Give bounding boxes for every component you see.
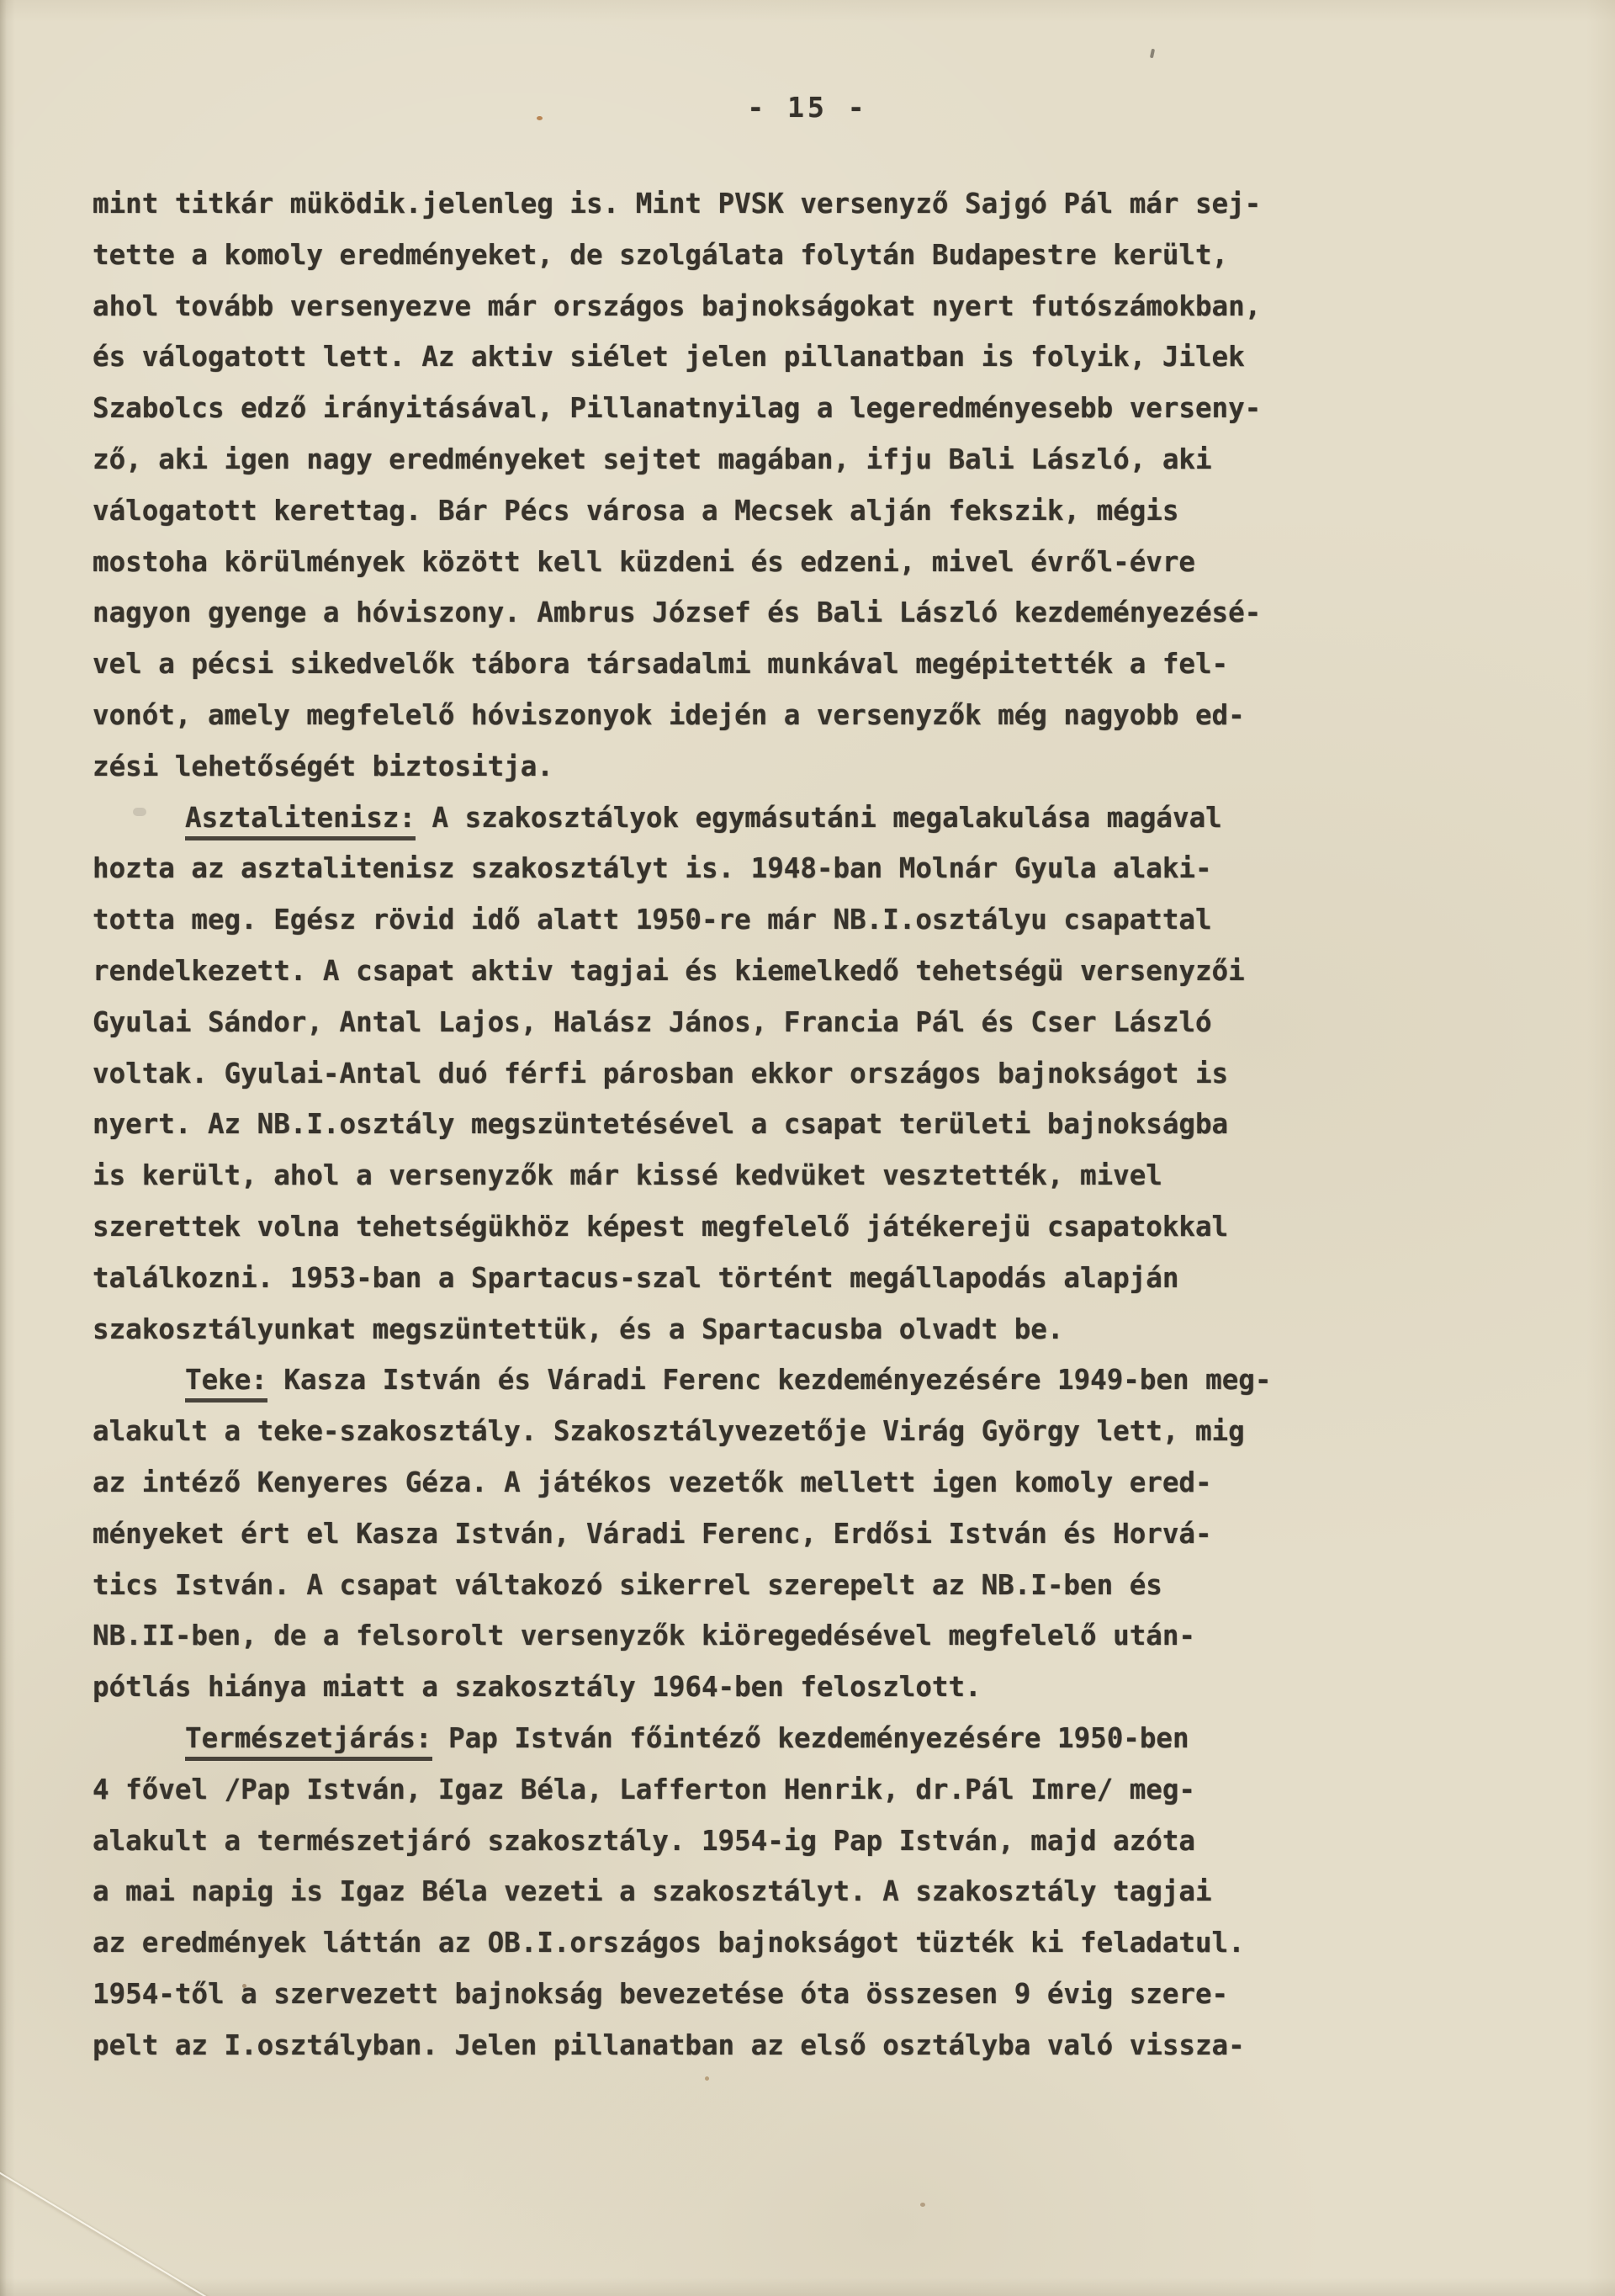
text-line: Szabolcs edző irányitásával, Pillanatnyi…	[93, 383, 1321, 434]
text-line: NB.II-ben, de a felsorolt versenyzők kiö…	[93, 1610, 1321, 1662]
text-line: 1954-től a szervezett bajnokság bevezeté…	[93, 1969, 1321, 2020]
text-line: alakult a teke-szakosztály. Szakosztályv…	[93, 1406, 1321, 1457]
text-line: a mai napig is Igaz Béla vezeti a szakos…	[93, 1866, 1321, 1917]
text-line: 4 fővel /Pap István, Igaz Béla, Lafferto…	[93, 1764, 1321, 1816]
text-line: ményeket ért el Kasza István, Váradi Fer…	[93, 1509, 1321, 1560]
text-line: pótlás hiánya miatt a szakosztály 1964-b…	[93, 1662, 1321, 1713]
text-line: alakult a természetjáró szakosztály. 195…	[93, 1816, 1321, 1867]
text-line: Természetjárás: Pap István főintéző kezd…	[93, 1713, 1321, 1764]
text-line: szerettek volna tehetségükhöz képest meg…	[93, 1201, 1321, 1253]
text-line: pelt az I.osztályban. Jelen pillanatban …	[93, 2020, 1321, 2071]
paper-speck	[1150, 49, 1155, 59]
text-line: tics István. A csapat váltakozó sikerrel…	[93, 1560, 1321, 1611]
text-line: nyert. Az NB.I.osztály megszüntetésével …	[93, 1099, 1321, 1150]
text-line: nagyon gyenge a hóviszony. Ambrus József…	[93, 587, 1321, 639]
paper-speck	[920, 2203, 925, 2207]
text-line: ahol tovább versenyezve már országos baj…	[93, 281, 1321, 332]
text-line: vonót, amely megfelelő hóviszonyok idejé…	[93, 690, 1321, 741]
text-line: mint titkár müködik.jelenleg is. Mint PV…	[93, 178, 1321, 230]
text-line: Asztalitenisz: A szakosztályok egymásutá…	[93, 793, 1321, 844]
text-line: ző, aki igen nagy eredményeket sejtet ma…	[93, 434, 1321, 485]
text-line: találkozni. 1953-ban a Spartacus-szal tö…	[93, 1253, 1321, 1304]
text-line: hozta az asztalitenisz szakosztályt is. …	[93, 843, 1321, 894]
text-line: zési lehetőségét biztositja.	[93, 741, 1321, 793]
text-line: is került, ahol a versenyzők már kissé k…	[93, 1150, 1321, 1201]
text-line: és válogatott lett. Az aktiv siélet jele…	[93, 331, 1321, 383]
text-line: rendelkezett. A csapat aktiv tagjai és k…	[93, 946, 1321, 997]
text-line: válogatott kerettag. Bár Pécs városa a M…	[93, 485, 1321, 537]
text-line: tette a komoly eredményeket, de szolgála…	[93, 230, 1321, 281]
section-heading: Asztalitenisz:	[185, 802, 416, 840]
text-line: az eredmények láttán az OB.I.országos ba…	[93, 1917, 1321, 1969]
text-line: szakosztályunkat megszüntettük, és a Spa…	[93, 1304, 1321, 1355]
section-heading: Természetjárás:	[185, 1722, 432, 1761]
text-line: az intéző Kenyeres Géza. A játékos vezet…	[93, 1457, 1321, 1509]
document-page: - 15 - mint titkár müködik.jelenleg is. …	[0, 0, 1615, 2296]
text-line: voltak. Gyulai-Antal duó férfi párosban …	[93, 1048, 1321, 1100]
page-number: - 15 -	[0, 91, 1615, 124]
text-line: vel a pécsi sikedvelők tábora társadalmi…	[93, 639, 1321, 690]
text-line: mostoha körülmények között kell küzdeni …	[93, 537, 1321, 588]
paper-crease	[0, 2169, 211, 2296]
document-text: mint titkár müködik.jelenleg is. Mint PV…	[93, 178, 1321, 2071]
text-line: totta meg. Egész rövid idő alatt 1950-re…	[93, 894, 1321, 946]
section-heading: Teke:	[185, 1364, 267, 1403]
paper-speck	[705, 2076, 709, 2081]
text-line: Teke: Kasza István és Váradi Ferenc kezd…	[93, 1355, 1321, 1406]
text-line: Gyulai Sándor, Antal Lajos, Halász János…	[93, 997, 1321, 1048]
